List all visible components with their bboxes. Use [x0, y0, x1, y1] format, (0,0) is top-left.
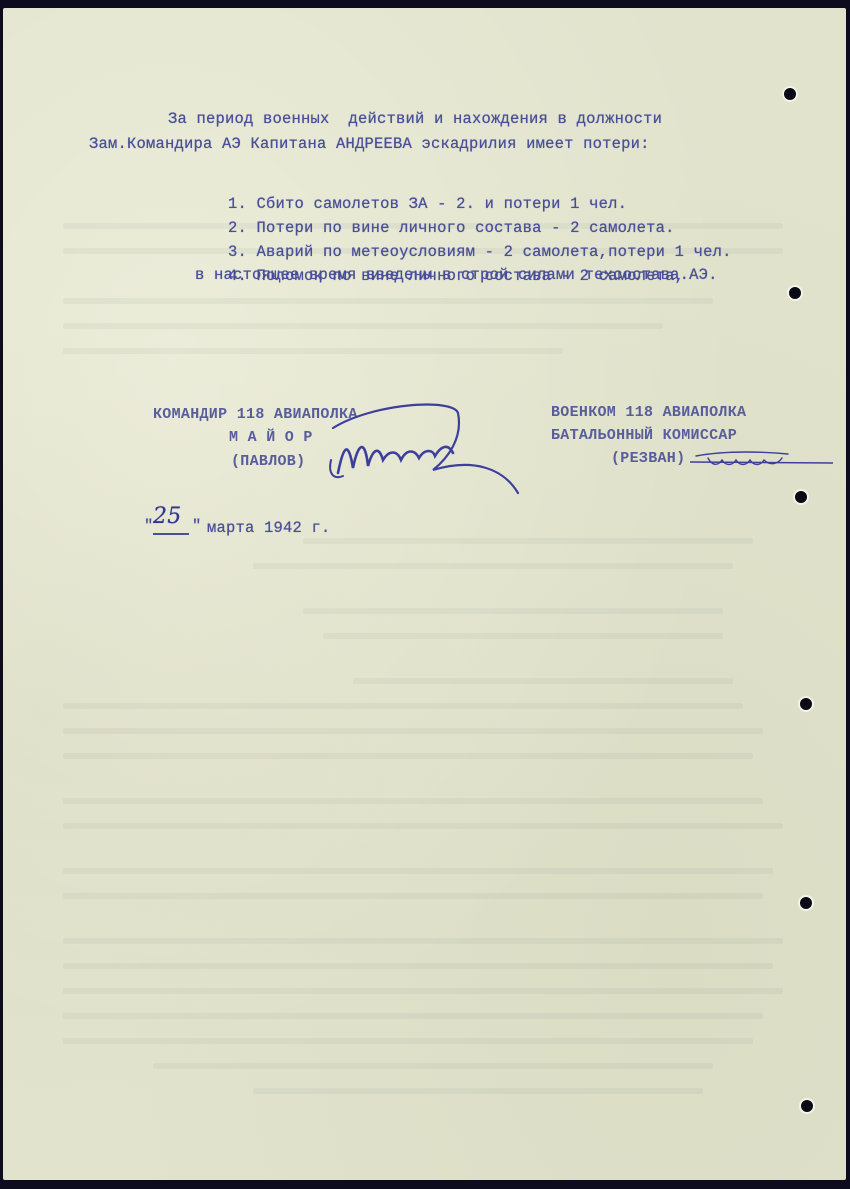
- loss-item-continuation: в настоящее время введены в строй силами…: [195, 266, 718, 284]
- commander-name: (ПАВЛОВ): [231, 453, 305, 470]
- commissar-title: ВОЕНКОМ 118 АВИАПОЛКА: [551, 404, 746, 421]
- commissar-handwritten-signature: [688, 448, 838, 473]
- commissar-rank: БАТАЛЬОННЫЙ КОМИССАР: [551, 427, 737, 444]
- punch-hole: [789, 287, 801, 299]
- date-month-year: марта 1942 г.: [207, 519, 331, 537]
- date-day-handwritten: 25: [153, 504, 181, 529]
- date-day-underline: [153, 533, 189, 535]
- bleed-through-texture: [303, 608, 723, 614]
- bleed-through-texture: [63, 728, 763, 734]
- bleed-through-texture: [63, 938, 783, 944]
- bleed-through-texture: [63, 1013, 763, 1019]
- bleed-through-texture: [153, 1063, 713, 1069]
- bleed-through-texture: [253, 1088, 703, 1094]
- bleed-through-texture: [63, 798, 763, 804]
- bleed-through-texture: [63, 323, 663, 329]
- bleed-through-texture: [63, 893, 763, 899]
- document-page: За период военных действий и нахождения …: [3, 8, 846, 1180]
- bleed-through-texture: [63, 753, 753, 759]
- bleed-through-texture: [63, 703, 743, 709]
- punch-hole: [801, 1100, 813, 1112]
- bleed-through-texture: [63, 348, 563, 354]
- bleed-through-texture: [63, 963, 773, 969]
- bleed-through-texture: [63, 988, 783, 994]
- punch-hole: [800, 897, 812, 909]
- commander-rank: М А Й О Р: [229, 429, 313, 446]
- punch-hole: [795, 491, 807, 503]
- bleed-through-texture: [63, 868, 773, 874]
- date-close-quote: ": [192, 517, 202, 535]
- bleed-through-texture: [323, 633, 723, 639]
- punch-hole: [800, 698, 812, 710]
- punch-hole: [784, 88, 796, 100]
- bleed-through-texture: [63, 1038, 753, 1044]
- bleed-through-texture: [253, 563, 733, 569]
- commissar-name: (РЕЗВАН): [611, 450, 685, 467]
- bleed-through-texture: [63, 823, 783, 829]
- commander-handwritten-signature: [313, 398, 533, 508]
- bleed-through-texture: [303, 538, 753, 544]
- intro-line-1: За период военных действий и нахождения …: [168, 110, 662, 128]
- bleed-through-texture: [353, 678, 733, 684]
- intro-line-2: Зам.Командира АЭ Капитана АНДРЕЕВА эскад…: [89, 135, 650, 153]
